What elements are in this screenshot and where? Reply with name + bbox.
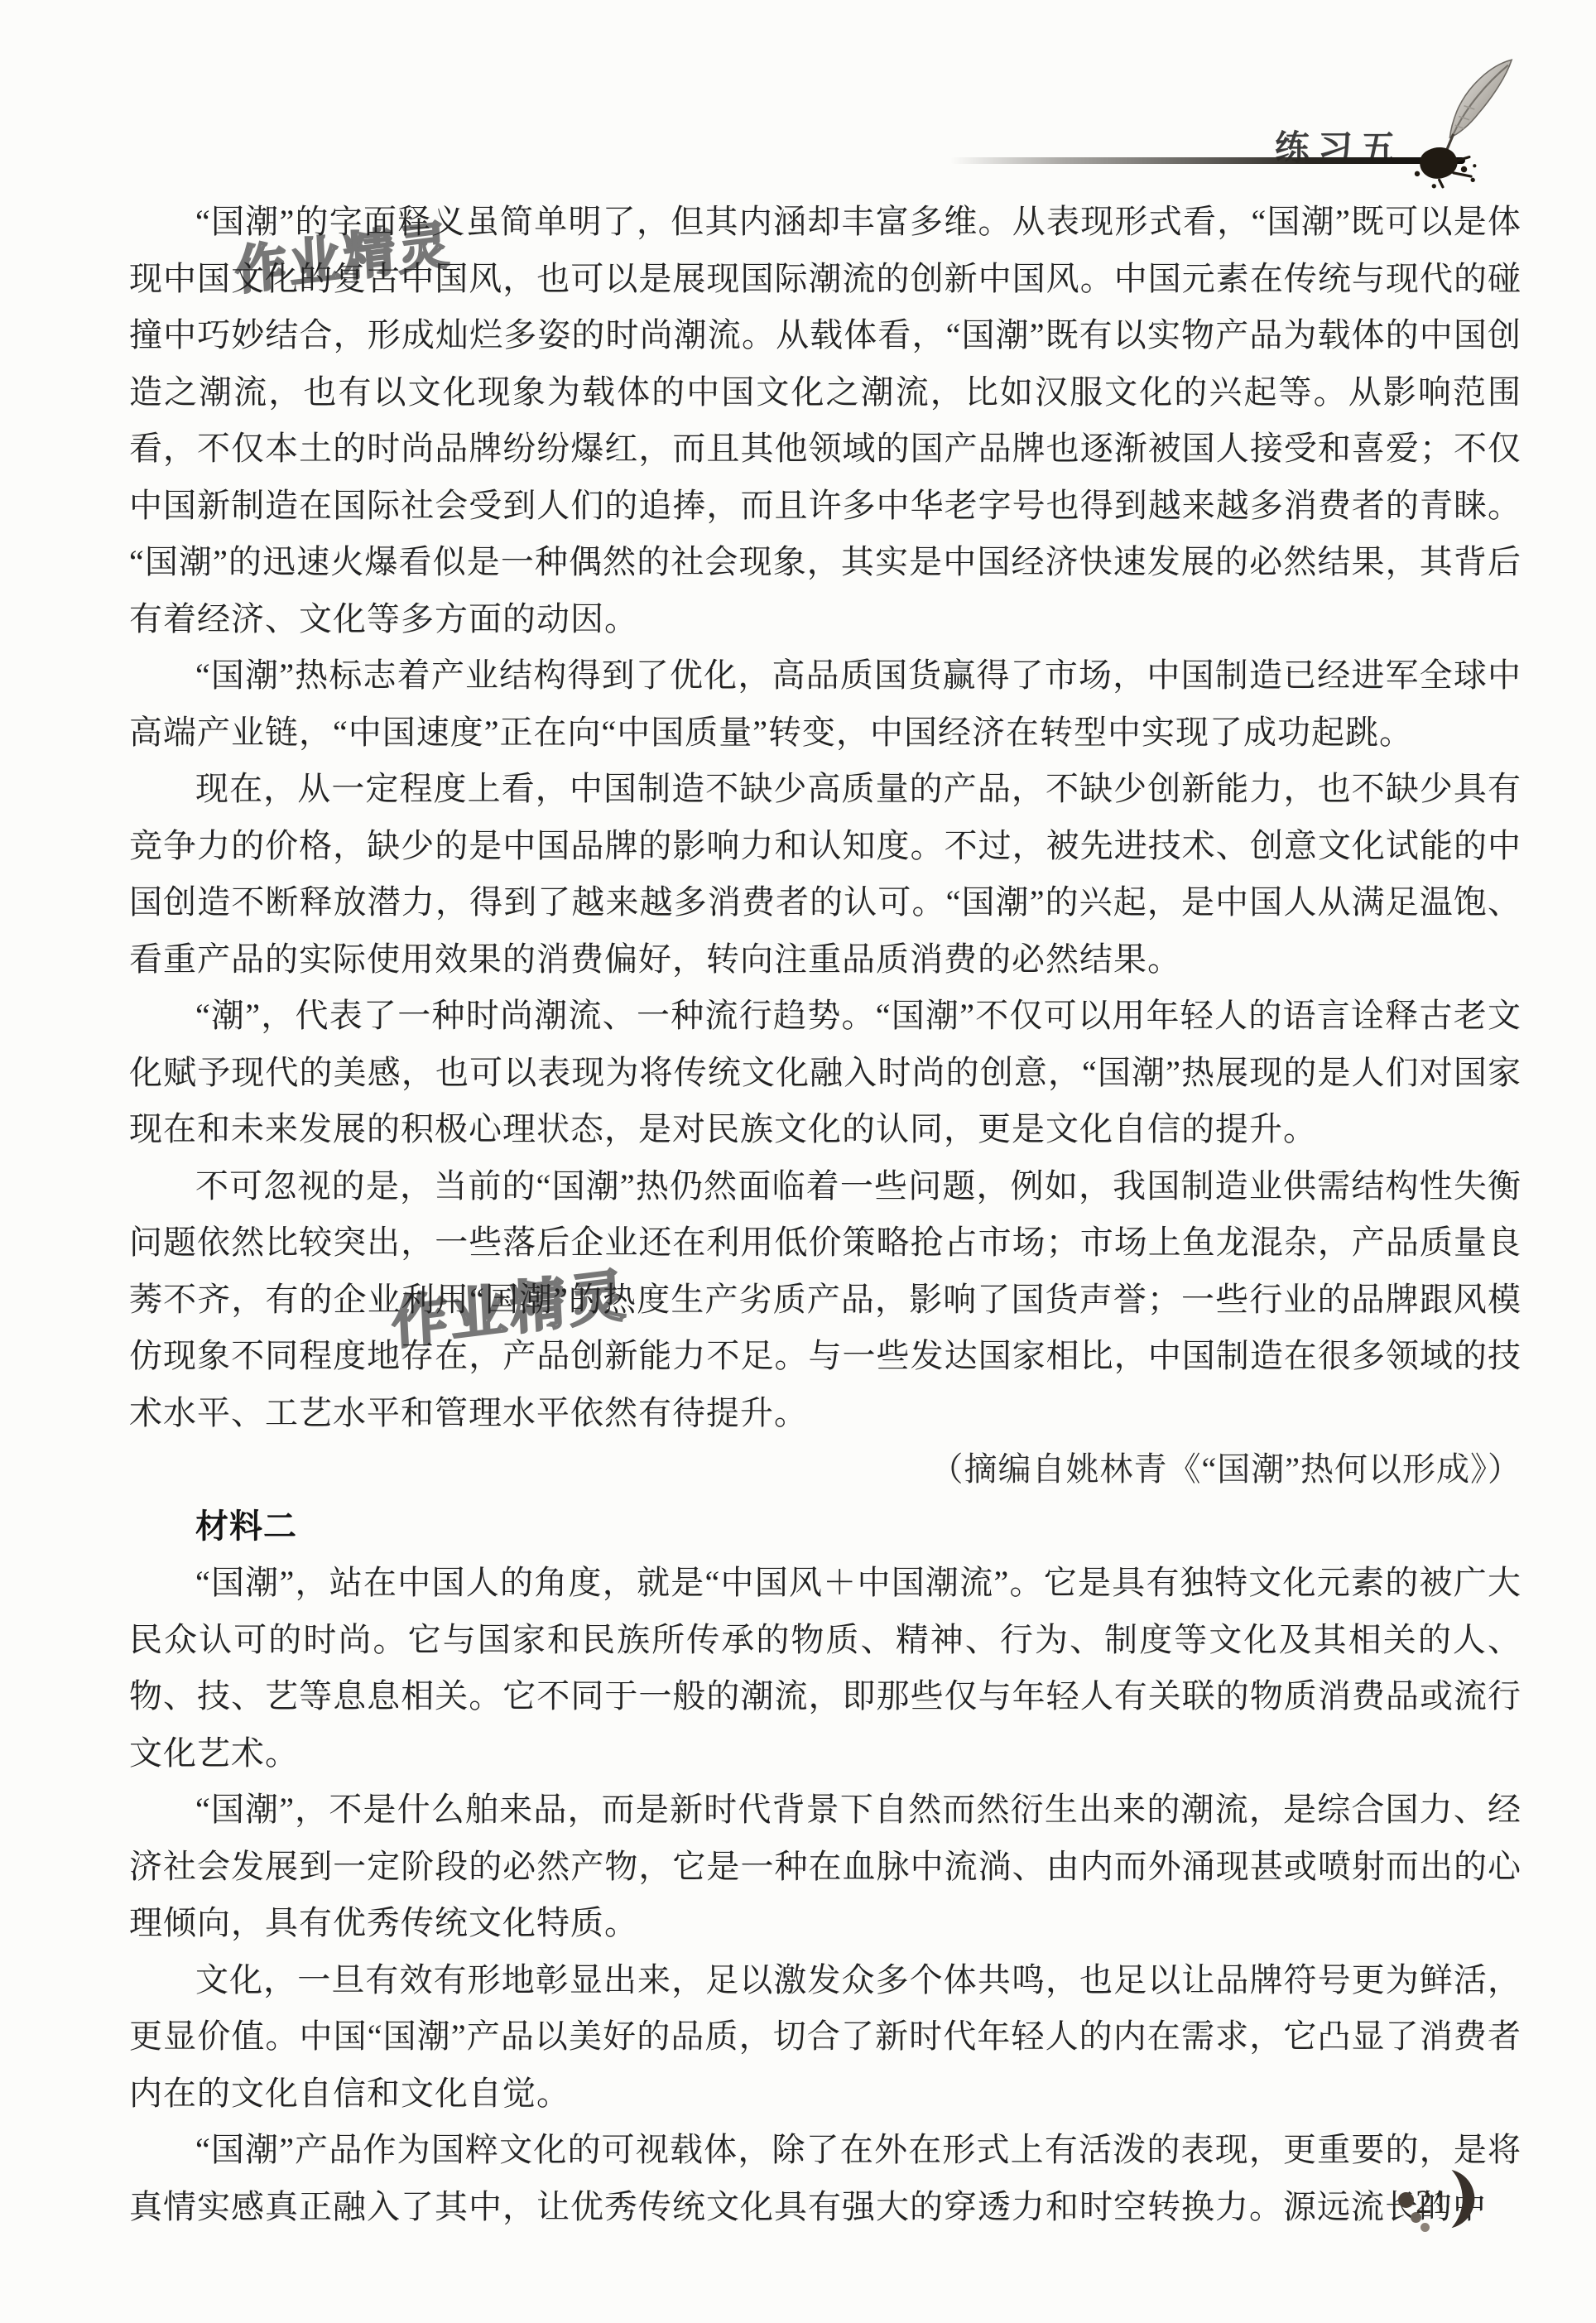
dot-decoration (1421, 2223, 1430, 2232)
paragraph: 现在，从一定程度上看，中国制造不缺少高质量的产品，不缺少创新能力，也不缺少具有竞… (129, 761, 1521, 988)
quill-pen-icon (1412, 56, 1528, 189)
paragraph: 不可忽视的是，当前的“国潮”热仍然面临着一些问题，例如，我国制造业供需结构性失衡… (129, 1158, 1521, 1442)
paragraph: “国潮”热标志着产业结构得到了优化，高品质国货赢得了市场，中国制造已经进军全球中… (129, 647, 1521, 761)
paragraph: 文化，一旦有效有形地彰显出来，足以激发众多个体共鸣，也足以让品牌符号更为鲜活，更… (129, 1952, 1521, 2123)
workbook-page: 练习五 作业精灵 作业精灵 “国潮”的字面 (0, 0, 1596, 2323)
material-two-heading: 材料二 (129, 1498, 1521, 1556)
paragraph: “国潮”，站在中国人的角度，就是“中国风＋中国潮流”。它是具有独特文化元素的被广… (129, 1555, 1521, 1782)
page-footer: 21 (1392, 2166, 1533, 2240)
header-rule (950, 157, 1465, 164)
source-citation: （摘编自姚林青《“国潮”热何以形成》） (129, 1441, 1521, 1498)
paragraph: “潮”，代表了一种时尚潮流、一种流行趋势。“国潮”不仅可以用年轻人的语言诠释古老… (129, 988, 1521, 1158)
paragraph: “国潮”的字面释义虽简单明了，但其内涵却丰富多维。从表现形式看，“国潮”既可以是… (129, 194, 1521, 647)
paragraph: “国潮”，不是什么舶来品，而是新时代背景下自然而然衍生出来的潮流，是综合国力、经… (129, 1782, 1521, 1952)
crescent-decoration (1444, 2169, 1475, 2230)
body-text: “国潮”的字面释义虽简单明了，但其内涵却丰富多维。从表现形式看，“国潮”既可以是… (129, 194, 1521, 2235)
dot-decoration (1398, 2192, 1414, 2208)
paragraph: “国潮”产品作为国粹文化的可视载体，除了在外在形式上有活泼的表现，更重要的，是将… (129, 2122, 1521, 2235)
